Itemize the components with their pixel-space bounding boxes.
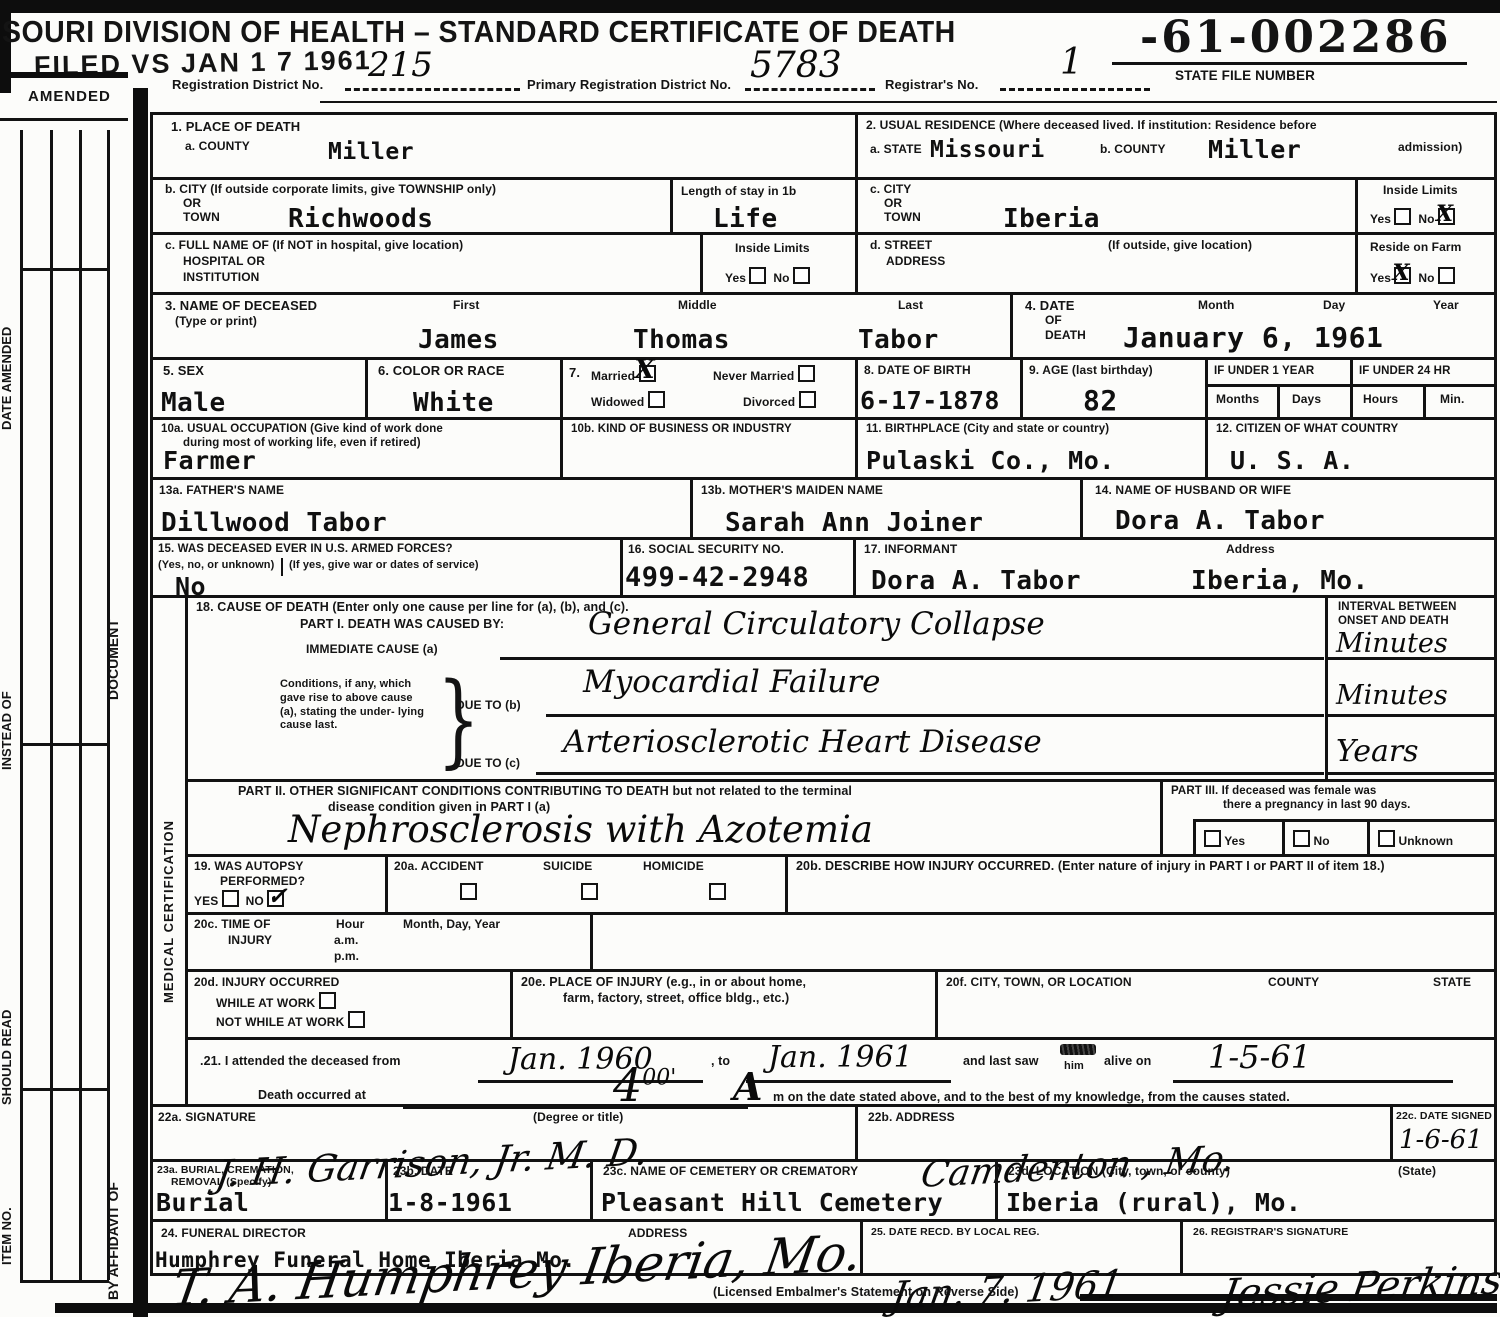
field-label: ADDRESS [886, 254, 945, 269]
field-label: 5. SEX [163, 363, 204, 379]
am-label: a.m. [334, 933, 358, 948]
under-24-hr-header: IF UNDER 24 HR [1353, 360, 1494, 384]
column-label: Month [1198, 298, 1234, 313]
field-label: a. COUNTY [185, 139, 250, 154]
field-cemetery-name: 23c. NAME OF CEMETERY OR CREMATORY Pleas… [593, 1162, 998, 1222]
due-to-b-label: DUE TO (b) [456, 698, 521, 713]
amended-underline [0, 118, 128, 121]
hospital-inside-yes-checkbox [749, 267, 766, 284]
accident-checkbox [460, 883, 477, 900]
field-fathers-name: 13a. FATHER'S NAME Dillwood Tabor [153, 480, 693, 540]
field-label: 9. AGE (last birthday) [1029, 363, 1153, 378]
autopsy-yes-checkbox [222, 890, 239, 907]
no-label: No [773, 271, 789, 285]
pregnancy-yes-cell: Yes [1193, 819, 1285, 857]
to-label: , to [711, 1054, 730, 1070]
interval-b-value: Minutes [1336, 680, 1448, 711]
margin-item-no-label: ITEM NO. [0, 1115, 14, 1265]
months-cell: Months [1208, 384, 1280, 420]
length-of-stay-value: Life [713, 204, 778, 234]
inside-limits-options: Yes No [725, 267, 810, 286]
field-label: 18. CAUSE OF DEATH (Enter only one cause… [196, 600, 629, 616]
residence-city-value: Iberia [1003, 204, 1100, 234]
birthplace-value: Pulaski Co., Mo. [866, 446, 1115, 475]
interval-a-line [1328, 657, 1494, 660]
homicide-checkbox [709, 883, 726, 900]
suicide-label: SUICIDE [543, 859, 592, 874]
interval-label: ONSET AND DEATH [1338, 614, 1449, 628]
field-label: c. FULL NAME OF (If NOT in hospital, giv… [165, 238, 463, 253]
margin-grid-line [79, 130, 82, 1280]
inside-limits-yes-checkbox [1394, 208, 1411, 225]
month-day-year-label: Month, Day, Year [403, 917, 500, 932]
field-label: 22b. ADDRESS [868, 1110, 955, 1125]
attended-to-value: Jan. 1961 [768, 1040, 913, 1075]
no-label: No [1313, 834, 1329, 848]
state-label: (State) [1398, 1164, 1436, 1179]
state-label: STATE [1433, 975, 1471, 990]
field-label: 3. NAME OF DECEASED [165, 298, 317, 314]
field-label: 14. NAME OF HUSBAND OR WIFE [1095, 483, 1291, 498]
field-label: 11. BIRTHPLACE (City and state or countr… [866, 422, 1109, 436]
field-registrar-signature: 26. REGISTRAR'S SIGNATURE Jessie Perkins [1183, 1222, 1494, 1273]
hour-label: Hour [336, 917, 364, 932]
field-place-of-death: 1. PLACE OF DEATH a. COUNTY Miller [153, 115, 858, 180]
while-at-work-option: WHILE AT WORK [216, 992, 336, 1011]
yes-label: Yes [1370, 212, 1391, 226]
never-married-checkbox [798, 365, 815, 382]
field-label: INSTITUTION [183, 270, 259, 285]
days-cell: Days [1280, 384, 1353, 420]
no-label: No [1418, 212, 1434, 226]
part2-value: Nephrosclerosis with Azotemia [288, 808, 873, 851]
field-label: Hours [1363, 392, 1398, 407]
field-label: 20d. INJURY OCCURRED [194, 975, 339, 990]
while-at-work-label: WHILE AT WORK [216, 996, 315, 1010]
primary-reg-line [745, 88, 875, 91]
burial-value: Burial [156, 1188, 249, 1217]
margin-instead-of-label: INSTEAD OF [0, 600, 14, 770]
hint-divider [281, 558, 283, 576]
last-seen-value: 1-5-61 [1208, 1038, 1311, 1076]
field-city-of-death: b. CITY (If outside corporate limits, gi… [153, 180, 673, 235]
field-label: 2. USUAL RESIDENCE (Where deceased lived… [866, 118, 1317, 133]
column-label: Last [898, 298, 923, 313]
residence-state-value: Missouri [930, 137, 1045, 163]
alive-on-label: alive on [1104, 1054, 1151, 1070]
field-label: 23c. NAME OF CEMETERY OR CREMATORY [603, 1164, 858, 1179]
armed-forces-value: No [175, 572, 206, 601]
field-if-under-1-year: IF UNDER 1 YEAR IF UNDER 24 HR Months Da… [1208, 360, 1494, 420]
field-label: 1. PLACE OF DEATH [171, 119, 300, 135]
state-file-underline [1112, 62, 1467, 65]
reg-district-line [345, 88, 520, 91]
mothers-name-value: Sarah Ann Joiner [725, 508, 983, 538]
field-label: 20e. PLACE OF INJURY (e.g., in or about … [521, 975, 806, 991]
name-middle-value: Thomas [633, 325, 730, 355]
fathers-name-value: Dillwood Tabor [161, 508, 387, 538]
field-hospital-name: c. FULL NAME OF (If NOT in hospital, giv… [153, 235, 703, 295]
field-informant: 17. INFORMANT Address Dora A. Tabor Iber… [856, 540, 1494, 598]
conditions-note: Conditions, if any, which gave rise to a… [280, 678, 432, 733]
ssn-value: 499-42-2948 [625, 562, 809, 593]
field-label: b. COUNTY [1100, 142, 1166, 157]
field-date-received: 25. DATE RECD. BY LOCAL REG. Jan. 7. 196… [863, 1222, 1183, 1273]
hospital-inside-no-checkbox [793, 267, 810, 284]
amended-label: AMENDED [28, 88, 111, 107]
part1-label: PART I. DEATH WAS CAUSED BY: [300, 617, 504, 633]
informant-address-value: Iberia, Mo. [1191, 566, 1369, 596]
field-label: 6. COLOR OR RACE [378, 363, 505, 379]
autopsy-options: YES NO ✓ [194, 890, 284, 909]
state-file-number: -61-002286 [1140, 12, 1451, 63]
date-of-death-value: January 6, 1961 [1123, 321, 1383, 354]
field-accident-suicide-homicide: 20a. ACCIDENT SUICIDE HOMICIDE [388, 857, 788, 915]
field-label: 23d. LOCATION (City, town, or county) [1008, 1164, 1230, 1179]
divorced-checkbox [799, 391, 816, 408]
field-date-of-death: 4. DATE OF DEATH Month Day Year January … [1013, 295, 1494, 360]
field-sex: 5. SEX Male [153, 360, 368, 420]
part3-label: PART III. If deceased was female was [1171, 784, 1376, 798]
field-label: c. CITY [870, 182, 911, 197]
unknown-label: Unknown [1398, 834, 1453, 848]
field-marital-status: 7. Married X Never Married Widowed Divor… [563, 360, 858, 420]
field-label: IF UNDER 1 YEAR [1214, 364, 1314, 378]
spouse-name-value: Dora A. Tabor [1115, 506, 1325, 536]
column-label: First [453, 298, 480, 313]
field-cause-of-death: 18. CAUSE OF DEATH (Enter only one cause… [188, 598, 1328, 782]
pregnancy-no-cell: No [1285, 819, 1370, 857]
field-label: 26. REGISTRAR'S SIGNATURE [1193, 1226, 1348, 1239]
field-label: 20c. TIME OF [194, 917, 271, 932]
date-of-birth-value: 6-17-1878 [860, 386, 1000, 415]
widowed-checkbox [648, 391, 665, 408]
married-label: Married [591, 369, 635, 383]
state-file-label: STATE FILE NUMBER [1175, 68, 1315, 85]
field-attended-statement: .21. I attended the deceased from Jan. 1… [188, 1040, 1494, 1107]
field-label: OR [884, 196, 902, 211]
field-label: Address [1226, 542, 1275, 557]
margin-grid-rule [20, 268, 109, 271]
county-label: COUNTY [1268, 975, 1319, 990]
field-label: 22a. SIGNATURE [158, 1110, 256, 1125]
death-time-value: 400' [613, 1058, 676, 1112]
field-kind-of-business: 10b. KIND OF BUSINESS OR INDUSTRY [563, 420, 858, 480]
registrar-no-label: Registrar's No. [885, 77, 978, 93]
reg-district-value: 215 [368, 45, 433, 85]
due-to-c-label: DUE TO (c) [456, 756, 520, 771]
inside-limits-no-checkbox: X [1438, 208, 1455, 225]
death-occurred-label: Death occurred at [258, 1088, 366, 1104]
field-label: (Type or print) [175, 314, 257, 329]
field-label: IF UNDER 24 HR [1359, 364, 1451, 378]
death-certificate-scan: SOURI DIVISION OF HEALTH – STANDARD CERT… [0, 0, 1500, 1317]
embalmer-note: (Licensed Embalmer's Statement on Revers… [713, 1285, 1019, 1301]
interval-c-line [1328, 772, 1494, 775]
cause-c-value: Arteriosclerotic Heart Disease [563, 724, 1042, 760]
margin-grid-line [20, 130, 23, 1280]
field-part2-conditions: PART II. OTHER SIGNIFICANT CONDITIONS CO… [188, 782, 1163, 857]
residence-county-value: Miller [1208, 135, 1301, 164]
death-ampm-value: A [733, 1064, 762, 1109]
field-burial: 23a. BURIAL, CREMATION, REMOVAL (Specify… [153, 1162, 388, 1222]
registrar-no-value: 1 [1060, 42, 1083, 83]
field-color-or-race: 6. COLOR OR RACE White [368, 360, 563, 420]
interval-a-value: Minutes [1336, 628, 1448, 659]
field-label: d. STREET [870, 238, 932, 253]
field-label: DEATH [1045, 328, 1086, 343]
immediate-cause-label: IMMEDIATE CAUSE (a) [306, 642, 438, 657]
field-label: 8. DATE OF BIRTH [864, 363, 971, 378]
no-label: NO [246, 894, 264, 908]
widowed-option: Widowed [591, 391, 665, 410]
field-physician-address: 22b. ADDRESS Camdenton , Mo. [858, 1107, 1393, 1162]
field-label: admission) [1398, 140, 1462, 155]
field-label: TOWN [884, 210, 921, 225]
field-length-of-stay: Length of stay in 1b Life [673, 180, 858, 235]
field-label: 10b. KIND OF BUSINESS OR INDUSTRY [571, 422, 792, 436]
married-option: Married X [591, 365, 656, 384]
field-label: OR [183, 196, 201, 211]
farm-no-checkbox [1438, 267, 1455, 284]
field-interval-column: INTERVAL BETWEEN ONSET AND DEATH Minutes… [1328, 598, 1494, 782]
part2-label: PART II. OTHER SIGNIFICANT CONDITIONS CO… [238, 784, 852, 800]
yes-label: YES [194, 894, 218, 908]
field-funeral-director: 24. FUNERAL DIRECTOR ADDRESS Humphrey Fu… [153, 1222, 863, 1273]
medical-certification-label: MEDICAL CERTIFICATION [161, 713, 176, 1003]
field-label: 4. DATE [1025, 298, 1075, 314]
field-label: Min. [1440, 392, 1464, 407]
pregnancy-unknown-checkbox [1378, 830, 1395, 847]
field-label: 19. WAS AUTOPSY [194, 859, 304, 874]
hours-cell: Hours [1353, 384, 1426, 420]
cause-b-value: Myocardial Failure [583, 664, 880, 700]
never-married-label: Never Married [713, 369, 794, 383]
field-hint: (If yes, give war or dates of service) [289, 559, 479, 573]
field-label: 22c. DATE SIGNED [1396, 1110, 1492, 1123]
sex-value: Male [161, 388, 226, 418]
race-value: White [413, 388, 494, 418]
field-place-of-injury: 20e. PLACE OF INJURY (e.g., in or about … [513, 972, 938, 1040]
field-label: 16. SOCIAL SECURITY NO. [628, 542, 784, 557]
field-hint: (If outside, give location) [1108, 238, 1252, 253]
field-label: 20b. DESCRIBE HOW INJURY OCCURRED. (Ente… [796, 859, 1385, 875]
field-time-of-injury: 20c. TIME OF INJURY Hour a.m. p.m. Month… [188, 915, 593, 972]
field-injury-location: 20f. CITY, TOWN, OR LOCATION COUNTY STAT… [938, 972, 1494, 1040]
primary-reg-value: 5783 [750, 45, 842, 86]
field-time-of-injury-blank [593, 915, 1494, 972]
under-1-year-header: IF UNDER 1 YEAR [1208, 360, 1353, 384]
no-label: No [1418, 271, 1434, 285]
place-city-value: Richwoods [288, 204, 433, 234]
accident-label: 20a. ACCIDENT [394, 859, 484, 874]
name-first-value: James [418, 325, 499, 355]
pregnancy-no-checkbox [1293, 830, 1310, 847]
field-label: PERFORMED? [220, 874, 305, 889]
yes-label: Yes [725, 271, 746, 285]
married-checkbox: X [639, 365, 656, 382]
field-label: 23b. DATE [393, 1164, 453, 1179]
not-while-at-work-label: NOT WHILE AT WORK [216, 1015, 344, 1029]
farm-yes-checkbox: X [1394, 267, 1411, 284]
field-label: Length of stay in 1b [681, 184, 796, 199]
field-husband-or-wife: 14. NAME OF HUSBAND OR WIFE Dora A. Tabo… [1083, 480, 1494, 540]
pregnancy-yes-checkbox [1204, 830, 1221, 847]
field-birthplace: 11. BIRTHPLACE (City and state or countr… [858, 420, 1208, 480]
primary-reg-label: Primary Registration District No. [527, 77, 731, 93]
attended-from-label: .21. I attended the deceased from [200, 1054, 401, 1070]
form-left-heavy-bar [133, 88, 148, 1317]
field-usual-residence: 2. USUAL RESIDENCE (Where deceased lived… [858, 115, 1494, 180]
field-hospital-inside-limits: Inside Limits Yes No [703, 235, 858, 295]
field-label: TOWN [183, 210, 220, 225]
field-label: 17. INFORMANT [864, 542, 957, 557]
field-reside-on-farm: Reside on Farm Yes X No [1358, 235, 1494, 295]
field-label: b. CITY (If outside corporate limits, gi… [165, 182, 496, 197]
yes-label: Yes [1370, 271, 1391, 285]
while-at-work-checkbox [319, 992, 336, 1009]
field-label: Reside on Farm [1370, 240, 1461, 255]
age-value: 82 [1083, 384, 1118, 417]
not-while-at-work-checkbox [348, 1011, 365, 1028]
margin-document-label: DOCUMENT [105, 550, 121, 700]
cause-b-line [546, 714, 1324, 717]
certificate-form: 1. PLACE OF DEATH a. COUNTY Miller 2. US… [150, 112, 1497, 1276]
field-label: Months [1216, 392, 1259, 407]
field-describe-injury: 20b. DESCRIBE HOW INJURY OCCURRED. (Ente… [788, 857, 1494, 915]
field-label: 15. WAS DECEASED EVER IN U.S. ARMED FORC… [158, 542, 453, 556]
field-part3-pregnancy: PART III. If deceased was female was the… [1163, 782, 1494, 857]
margin-grid-rule [20, 743, 109, 746]
cause-c-line [536, 772, 1324, 775]
last-saw-label: and last saw [963, 1054, 1039, 1070]
field-name-of-deceased: 3. NAME OF DECEASED (Type or print) Firs… [153, 295, 1013, 360]
last-seen-line [1173, 1080, 1453, 1083]
field-label: 20f. CITY, TOWN, OR LOCATION [946, 975, 1132, 990]
field-age: 9. AGE (last birthday) 82 [1023, 360, 1208, 420]
margin-grid-rule [20, 1280, 109, 1283]
interval-b-line [1328, 714, 1494, 717]
statement-tail: m on the date stated above, and to the b… [773, 1090, 1290, 1106]
margin-grid-line [50, 130, 53, 1280]
field-physician-signature: 22a. SIGNATURE (Degree or title) J. H. G… [153, 1107, 858, 1162]
pm-label: p.m. [334, 949, 359, 964]
field-label: Days [1292, 392, 1321, 407]
field-label: 7. [569, 365, 580, 381]
never-married-option: Never Married [713, 365, 815, 384]
field-date-signed: 22c. DATE SIGNED 1-6-61 [1393, 1107, 1494, 1162]
degree-label: (Degree or title) [533, 1110, 623, 1125]
not-while-at-work-option: NOT WHILE AT WORK [216, 1011, 365, 1030]
cemetery-name-value: Pleasant Hill Cemetery [601, 1188, 943, 1217]
cause-a-value: General Circulatory Collapse [588, 606, 1045, 642]
field-date-of-birth: 8. DATE OF BIRTH 6-17-1878 [858, 360, 1023, 420]
occupation-value: Farmer [163, 446, 256, 475]
margin-by-affidavit-label: BY AFFIDAVIT OF [105, 1080, 121, 1300]
informant-value: Dora A. Tabor [871, 566, 1081, 596]
homicide-label: HOMICIDE [643, 859, 704, 874]
farm-options: Yes X No [1370, 267, 1455, 286]
field-label: a. STATE [870, 142, 922, 157]
field-autopsy: 19. WAS AUTOPSY PERFORMED? YES NO ✓ [188, 857, 388, 915]
field-label: 25. DATE RECD. BY LOCAL REG. [871, 1226, 1040, 1239]
field-label: Inside Limits [1383, 183, 1458, 198]
margin-date-amended-label: DATE AMENDED [0, 170, 14, 430]
field-street-address: d. STREET ADDRESS (If outside, give loca… [858, 235, 1358, 295]
field-usual-occupation: 10a. USUAL OCCUPATION (Give kind of work… [153, 420, 563, 480]
field-burial-date: 23b. DATE 1-8-1961 [388, 1162, 593, 1222]
divorced-label: Divorced [743, 395, 795, 409]
field-label: 13a. FATHER'S NAME [159, 483, 284, 498]
field-mothers-maiden-name: 13b. MOTHER'S MAIDEN NAME Sarah Ann Join… [693, 480, 1083, 540]
column-label: Day [1323, 298, 1345, 313]
field-injury-at-work: 20d. INJURY OCCURRED WHILE AT WORK NOT W… [188, 972, 513, 1040]
field-label: Inside Limits [735, 241, 810, 256]
struck-word-scribble [1060, 1044, 1096, 1055]
registrar-no-line [1000, 88, 1150, 91]
field-label: farm, factory, street, office bldg., etc… [563, 991, 789, 1007]
suicide-checkbox [581, 883, 598, 900]
min-cell: Min. [1426, 384, 1494, 420]
column-label: Year [1433, 298, 1459, 313]
header-rule [320, 101, 1497, 103]
field-residence-inside-limits: Inside Limits Yes No X [1358, 180, 1494, 235]
field-social-security: 16. SOCIAL SECURITY NO. 499-42-2948 [623, 540, 856, 598]
field-label: 12. CITIZEN OF WHAT COUNTRY [1216, 422, 1398, 436]
field-armed-forces: 15. WAS DECEASED EVER IN U.S. ARMED FORC… [153, 540, 623, 598]
name-last-value: Tabor [858, 325, 939, 355]
field-label: HOSPITAL OR [183, 254, 265, 269]
divorced-option: Divorced [743, 391, 816, 410]
widowed-label: Widowed [591, 395, 644, 409]
field-label: 24. FUNERAL DIRECTOR [161, 1226, 306, 1241]
burial-date-value: 1-8-1961 [388, 1188, 512, 1217]
margin-grid-rule [20, 1088, 109, 1091]
autopsy-no-checkbox: ✓ [267, 890, 284, 907]
field-cemetery-location: 23d. LOCATION (City, town, or county) (S… [998, 1162, 1494, 1222]
field-label: INJURY [228, 933, 272, 948]
field-citizen: 12. CITIZEN OF WHAT COUNTRY U. S. A. [1208, 420, 1494, 480]
date-signed-value: 1-6-61 [1399, 1125, 1483, 1155]
field-label: 10a. USUAL OCCUPATION (Give kind of work… [161, 422, 443, 436]
cause-a-line [500, 657, 1324, 660]
reg-district-label: Registration District No. [172, 77, 323, 93]
him-label: him [1064, 1060, 1084, 1074]
field-label: OF [1045, 313, 1062, 328]
interval-c-value: Years [1336, 734, 1419, 769]
margin-should-read-label: SHOULD READ [0, 935, 14, 1105]
to-line [746, 1080, 951, 1083]
column-label: Middle [678, 298, 717, 313]
inside-limits-options: Yes No X [1370, 208, 1455, 227]
field-residence-city: c. CITY OR TOWN Iberia [858, 180, 1358, 235]
death-time-minutes: 00' [642, 1066, 676, 1091]
place-county-value: Miller [328, 139, 414, 165]
interval-label: INTERVAL BETWEEN [1338, 600, 1457, 614]
yes-label: Yes [1224, 834, 1245, 848]
margin-rule-top [0, 72, 128, 78]
citizen-value: U. S. A. [1230, 446, 1354, 475]
cemetery-location-value: Iberia (rural), Mo. [1006, 1188, 1301, 1217]
pregnancy-unknown-cell: Unknown [1370, 819, 1494, 857]
field-hint: (Yes, no, or unknown) [158, 559, 274, 573]
part3-label: there a pregnancy in last 90 days. [1223, 798, 1410, 812]
medical-certification-strip: MEDICAL CERTIFICATION [153, 598, 188, 1107]
field-label: 13b. MOTHER'S MAIDEN NAME [701, 483, 883, 498]
